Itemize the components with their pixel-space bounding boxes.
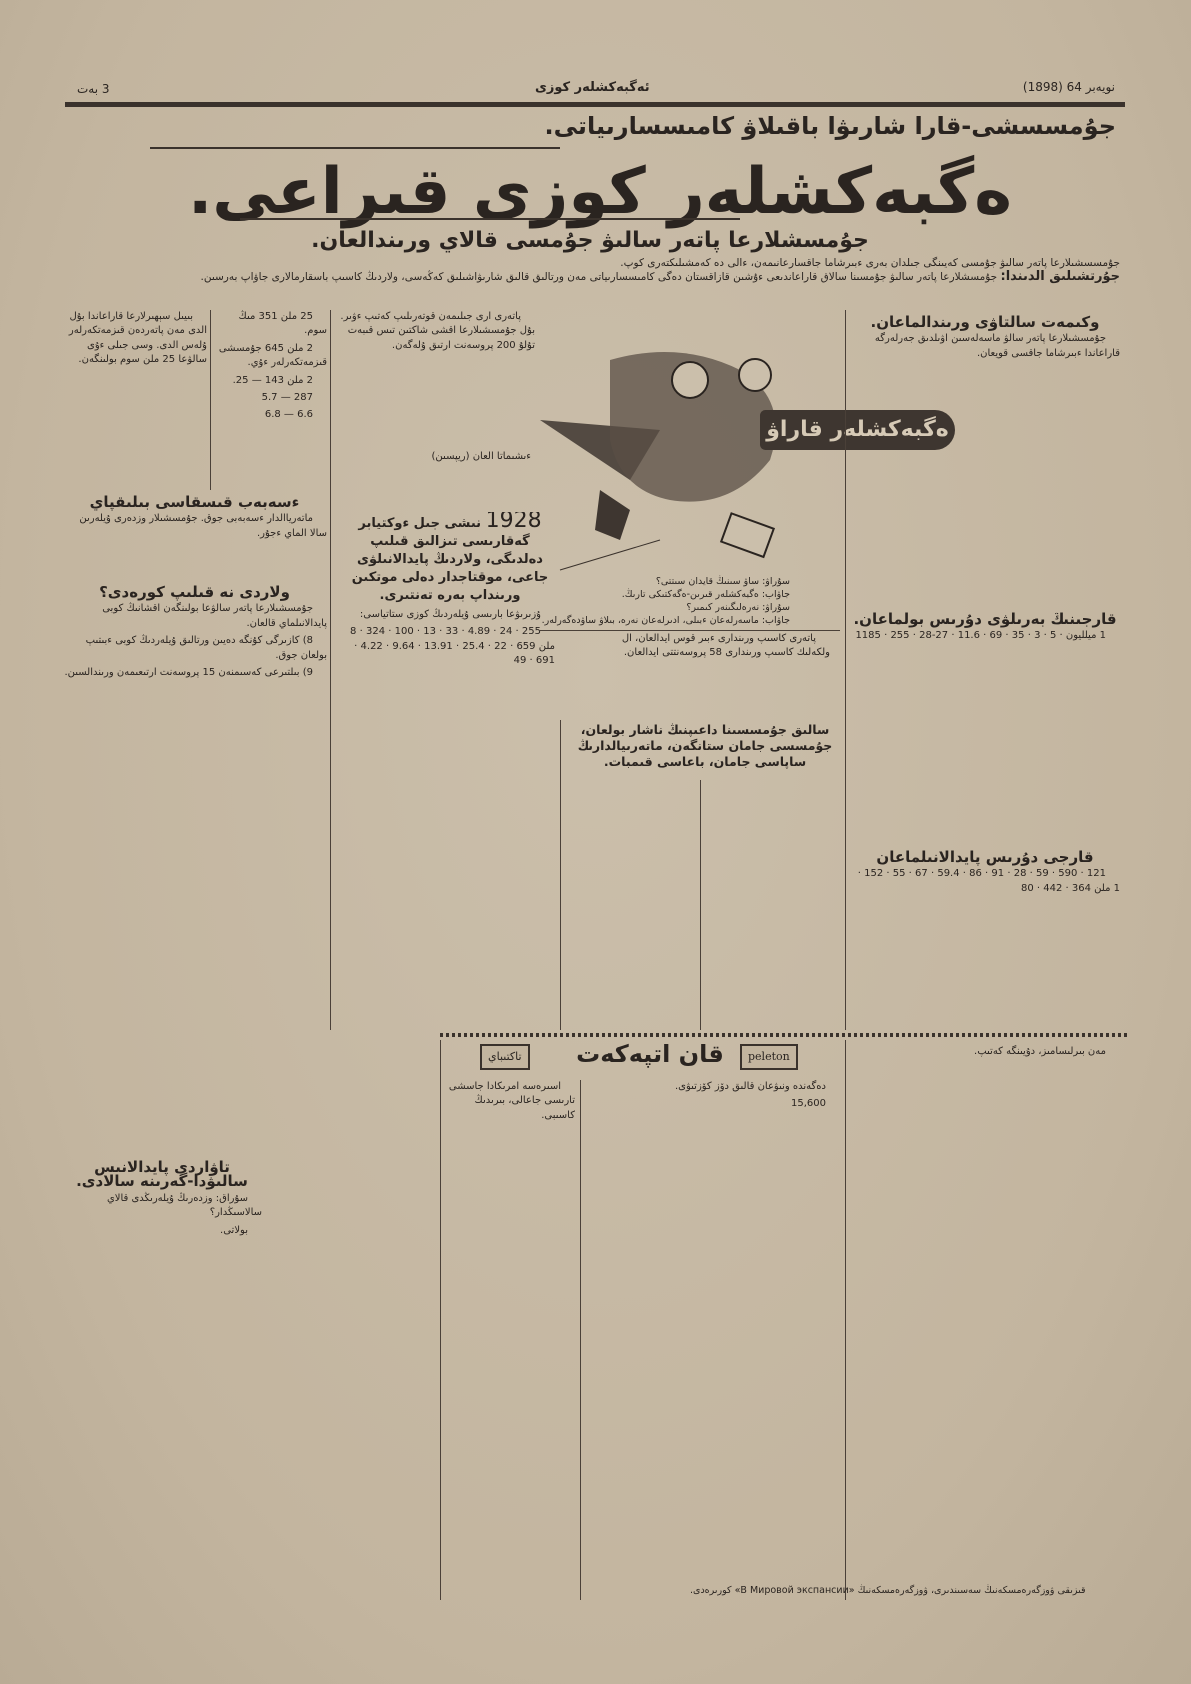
slogan-underline [150,147,560,149]
column-right-section2: قارجىنىڭ بەرىلۋى دۇرىس بولماعان. 1 ميللي… [850,612,1120,842]
article-paragraph: جۇمسشىلارعا پاتەر سالۋ ماسەلەسىن اۋىلدىق… [850,332,1120,361]
column-right: وكىمەت سالتاۋى ورىندالماعان. جۇمسشىلارعا… [850,315,1120,645]
stat-line: 255 · 24 · 4.89 · 33 · 13 · 100 · 324 · … [345,625,555,668]
section-heading: سالىق جۇمسسىنا داعىپنىڭ ناشار بولعان، جۇ… [570,722,840,770]
stat: 287 [294,392,313,403]
article-paragraph: جۇمسشىلارعا پاتەر سالۋعا بولىنگەن اقشانى… [62,602,327,631]
caption-line: جاۋاب: ماسەرلەعان ءبىلى، ادىرلەعان نەرە،… [540,614,790,627]
left-box-label: تاكتىباي [480,1044,530,1070]
bottom-col-2: دەگەندە ونىۋعان قالىق دۆز كۆزتىۋى. 15,60… [585,1080,840,1580]
stat: 2 ملن 143 [265,375,313,386]
cartoon-drawing-icon [540,340,845,580]
section-heading: ولاردى نە قىلىپ كورەدى؟ [62,585,327,599]
column-divider [700,780,701,1030]
page-number: 3 بەت [77,82,110,96]
paper-name: ئەگبەكشلەر كوزى [535,80,650,95]
bottom-section-heading: تاكتىباي قان اتپەكەت peleton [450,1040,840,1076]
section-heading: وكىمەت سالتاۋى ورىندالماعان. [850,315,1120,329]
stat: 25 ملن 351 مىڭ سوم. [239,311,327,336]
slogan: جۇمسسشى-قارا شارىۋا باقىلاۋ كامىسسارىيات… [545,112,1116,140]
article-paragraph: مەن بىرلىسامىز، دۇيىنگە كەتىپ. [850,1045,1120,1059]
stat: 6.8 [265,409,281,420]
section-heading: 1928 نىشى جىل ءوكتيابر گەقارىسى تىزالىق … [345,512,555,605]
stat: 5.7 [262,392,278,403]
newspaper-page: 3 بەت ئەگبەكشلەر كوزى نويەبر 64 (1898) ج… [0,0,1191,1684]
article-paragraph: بىيىل سېھىرلارعا قاراعاندا بۇل الدى مەن … [62,310,207,368]
article-closing: بولاتى. [62,1224,262,1238]
section-block: ولاردى نە قىلىپ كورەدى؟ جۇمسشىلارعا پاتە… [62,585,327,1025]
headline: ەگبەكشلەر كوزى قىراعى. [110,152,1090,232]
caption-line: سۇراۋ: نەرەلىگىنەر كىمىر؟ [540,601,790,614]
lead-text: جۇمسسشىلارعا پاتەر سالىۋ جۇمسى كەيىنگى ج… [70,256,1120,270]
article-paragraph: پاتەرى ارى جىلىمەن قوتەرىلىپ كەتىپ ءۋىر.… [335,310,535,353]
cartoon-caption: سۇراۋ: ساۋ سىنىڭ قايدان سىتتى؟ جاۋاب: ەگ… [540,575,790,627]
column-stats: 25 ملن 351 مىڭ سوم. 2 ملن 645 جۇمسشى قىز… [215,310,327,490]
section-block: تاۋاردى پايدالانىس سالىۋدا-گەرىنە سالادى… [62,1160,262,1600]
headline-rule [240,218,740,220]
column-divider [440,1040,441,1600]
article-paragraph: اسىرەسە امرىكادا جاسشى تارىسى جاعالى، بى… [445,1080,575,1123]
article-paragraph: پاتەرى كاسىپ ورىندارى ءبىر قوس ايدالعان،… [600,632,830,661]
section-divider [440,1033,1130,1037]
list-item: 9) بىلتىرعى كەسىمنەن 15 پروسەنت ارتىعىمە… [62,666,327,680]
stat: 25. [233,375,249,386]
column-center-lower: پاتەرى كاسىپ ورىندارى ءبىر قوس ايدالعان،… [600,632,830,722]
column-divider [560,720,561,1030]
column-divider [330,310,331,1030]
stat: 6.6 [297,409,313,420]
footnote: قىزىقى ۋوزگەرەمسكەنىڭ سەسىندىرى، ۋوزگەرە… [690,1585,1086,1596]
masthead-rule [65,102,1125,107]
column-center-subhead: ءىشىماتا العان (ريپسىن) [345,450,545,510]
column-divider [210,310,211,490]
amount: 15,600 [585,1097,840,1111]
right-box-label: peleton [740,1044,798,1070]
column-center-mid: 1928 نىشى جىل ءوكتيابر گەقارىسى تىزالىق … [345,512,555,1032]
caption-line: جاۋاب: ەگبەكشلەر قىرىن-ەگەكتىكى تارىڭ. [540,588,790,601]
bottom-col-1: اسىرەسە امرىكادا جاسشى تارىسى جاعالى، بى… [445,1080,575,1590]
column-divider [845,310,846,1030]
stat-line: 1 ميلليون · 5 · 3 · 35 · 69 · 11.6 · 27-… [850,629,1120,643]
list-item: 8) كازىرگى كۇنگە دەيىن ورتالىق ۇيلەردىڭ … [62,634,327,663]
lead-text-2: جۇمسشلارعا پاتەر سالىۋ جۇمسىنا سالاق قار… [200,271,997,283]
issue-date: نويەبر 64 (1898) [1023,80,1115,94]
bottom-col-3: مەن بىرلىسامىز، دۇيىنگە كەتىپ. [850,1045,1120,1585]
section-heading: تاۋاردى پايدالانىس سالىۋدا-گەرىنە سالادى… [62,1160,262,1189]
section-heading: قارجىنىڭ بەرىلۋى دۇرىس بولماعان. [850,612,1120,626]
article-paragraph: سۇراق: وزدەرىڭ ۇيلەرىڭدى قالاي سالاسىڭدا… [62,1192,262,1221]
year: 1928 [486,512,542,533]
subheadline: جۇمسشلارعا پاتەر سالىۋ جۇمسى قالاي ورىند… [240,228,940,253]
lead-paragraph: جۇمسسشىلارعا پاتەر سالىۋ جۇمسى كەيىنگى ج… [70,256,1120,284]
section-block: سالىق جۇمسسىنا داعىپنىڭ ناشار بولعان، جۇ… [570,722,840,782]
subhead: ءىشىماتا العان (ريپسىن) [345,450,545,464]
section-heading: قارجى دۇرىس پايدالانىلماعان [850,850,1120,864]
column-divider [845,1040,846,1600]
stat: 2 ملن 645 جۇمسشى قىزمەتكەرلەر ءۇي. [219,343,327,368]
lead-label: جۇرتشىلىق الدىندا: [1001,269,1120,284]
article-paragraph: ماتەرياالدار ءسەبەبى جوق. جۇمسشىلار وزدە… [62,512,327,541]
column-far-left-a: بىيىل سېھىرلارعا قاراعاندا بۇل الدى مەن … [62,310,207,490]
caption-line: سۇراۋ: ساۋ سىنىڭ قايدان سىتتى؟ [540,575,790,588]
section-heading: ءسەبەب قىسقاسى بىلىقپاي [62,495,327,509]
column-divider [580,1080,581,1600]
column-center-top: پاتەرى ارى جىلىمەن قوتەرىلىپ كەتىپ ءۋىر.… [335,310,535,430]
article-paragraph: ۇزىرىۋعا بارىسى ۇيلەردىڭ كوزى ستاتياسى: [345,608,555,622]
stat-line: 121 · 590 · 59 · 28 · 91 · 86 · 59.4 · 6… [850,867,1120,896]
column-right-section3: قارجى دۇرىس پايدالانىلماعان 121 · 590 · … [850,850,1120,1030]
masthead: 3 بەت ئەگبەكشلەر كوزى نويەبر 64 (1898) [65,78,1125,104]
bottom-section-title: قان اتپەكەت [570,1040,730,1068]
article-paragraph: دەگەندە ونىۋعان قالىق دۆز كۆزتىۋى. [585,1080,840,1094]
cartoon-rule [540,630,840,631]
